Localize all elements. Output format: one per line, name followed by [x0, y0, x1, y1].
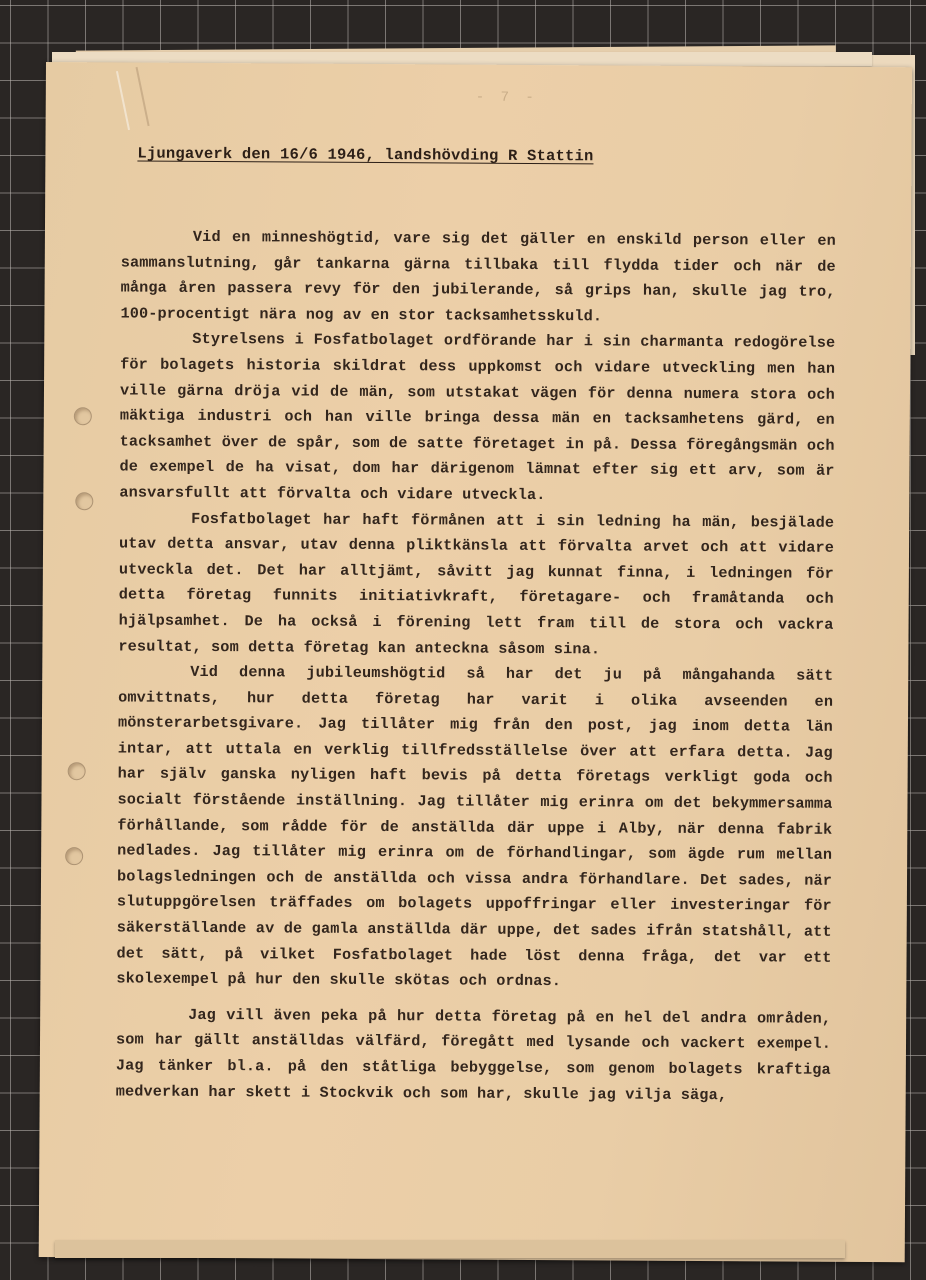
paper-clip-mark	[116, 67, 150, 130]
paragraph: Jag vill även peka på hur detta företag …	[116, 1002, 832, 1109]
paragraph: Styrelsens i Fosfatbolaget ordförande ha…	[119, 327, 835, 511]
punch-hole	[74, 407, 92, 425]
punch-hole	[68, 762, 86, 780]
typed-page: - 7 - Ljungaverk den 16/6 1946, landshöv…	[39, 62, 912, 1262]
paragraph: Vid en minneshögtid, vare sig det gäller…	[120, 224, 836, 331]
document-body: Vid en minneshögtid, vare sig det gäller…	[116, 224, 836, 1109]
punch-hole	[65, 847, 83, 865]
document-heading: Ljungaverk den 16/6 1946, landshövding R…	[137, 145, 593, 166]
page-bottom-edge	[55, 1240, 845, 1258]
paragraph: Vid denna jubileumshögtid så har det ju …	[116, 660, 833, 997]
paragraph: Fosfatbolaget har haft förmånen att i si…	[118, 506, 834, 664]
page-number: - 7 -	[476, 90, 538, 106]
punch-hole	[75, 492, 93, 510]
